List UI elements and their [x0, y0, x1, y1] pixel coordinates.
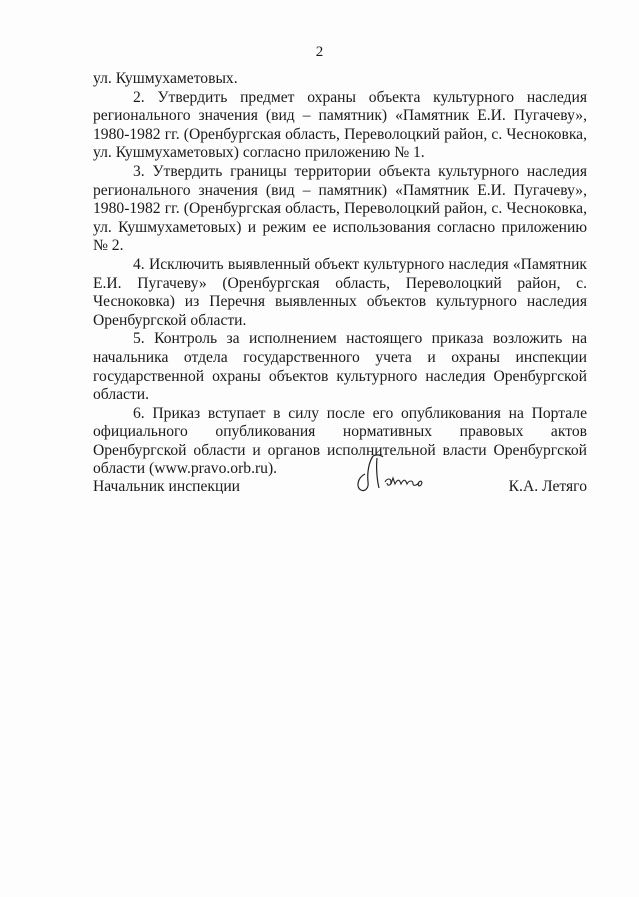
paragraph-item-2: 2. Утвердить предмет охраны объекта куль… [93, 89, 587, 163]
paragraph-continuation: ул. Кушмухаметовых. [93, 70, 587, 89]
paragraph-item-4: 4. Исключить выявленный объект культурно… [93, 256, 587, 330]
paragraph-item-6: 6. Приказ вступает в силу после его опуб… [93, 405, 587, 479]
signer-name: К.А. Летяго [509, 478, 587, 496]
document-body: ул. Кушмухаметовых. 2. Утвердить предмет… [93, 70, 587, 479]
paragraph-item-3: 3. Утвердить границы территории объекта … [93, 163, 587, 256]
signature-icon [351, 448, 451, 498]
paragraph-item-5: 5. Контроль за исполнением настоящего пр… [93, 330, 587, 404]
signer-position: Начальник инспекции [93, 478, 240, 496]
page-number: 2 [0, 44, 639, 61]
document-page: 2 ул. Кушмухаметовых. 2. Утвердить предм… [0, 0, 639, 897]
signature-block: Начальник инспекции К.А. Летяго [93, 478, 587, 502]
